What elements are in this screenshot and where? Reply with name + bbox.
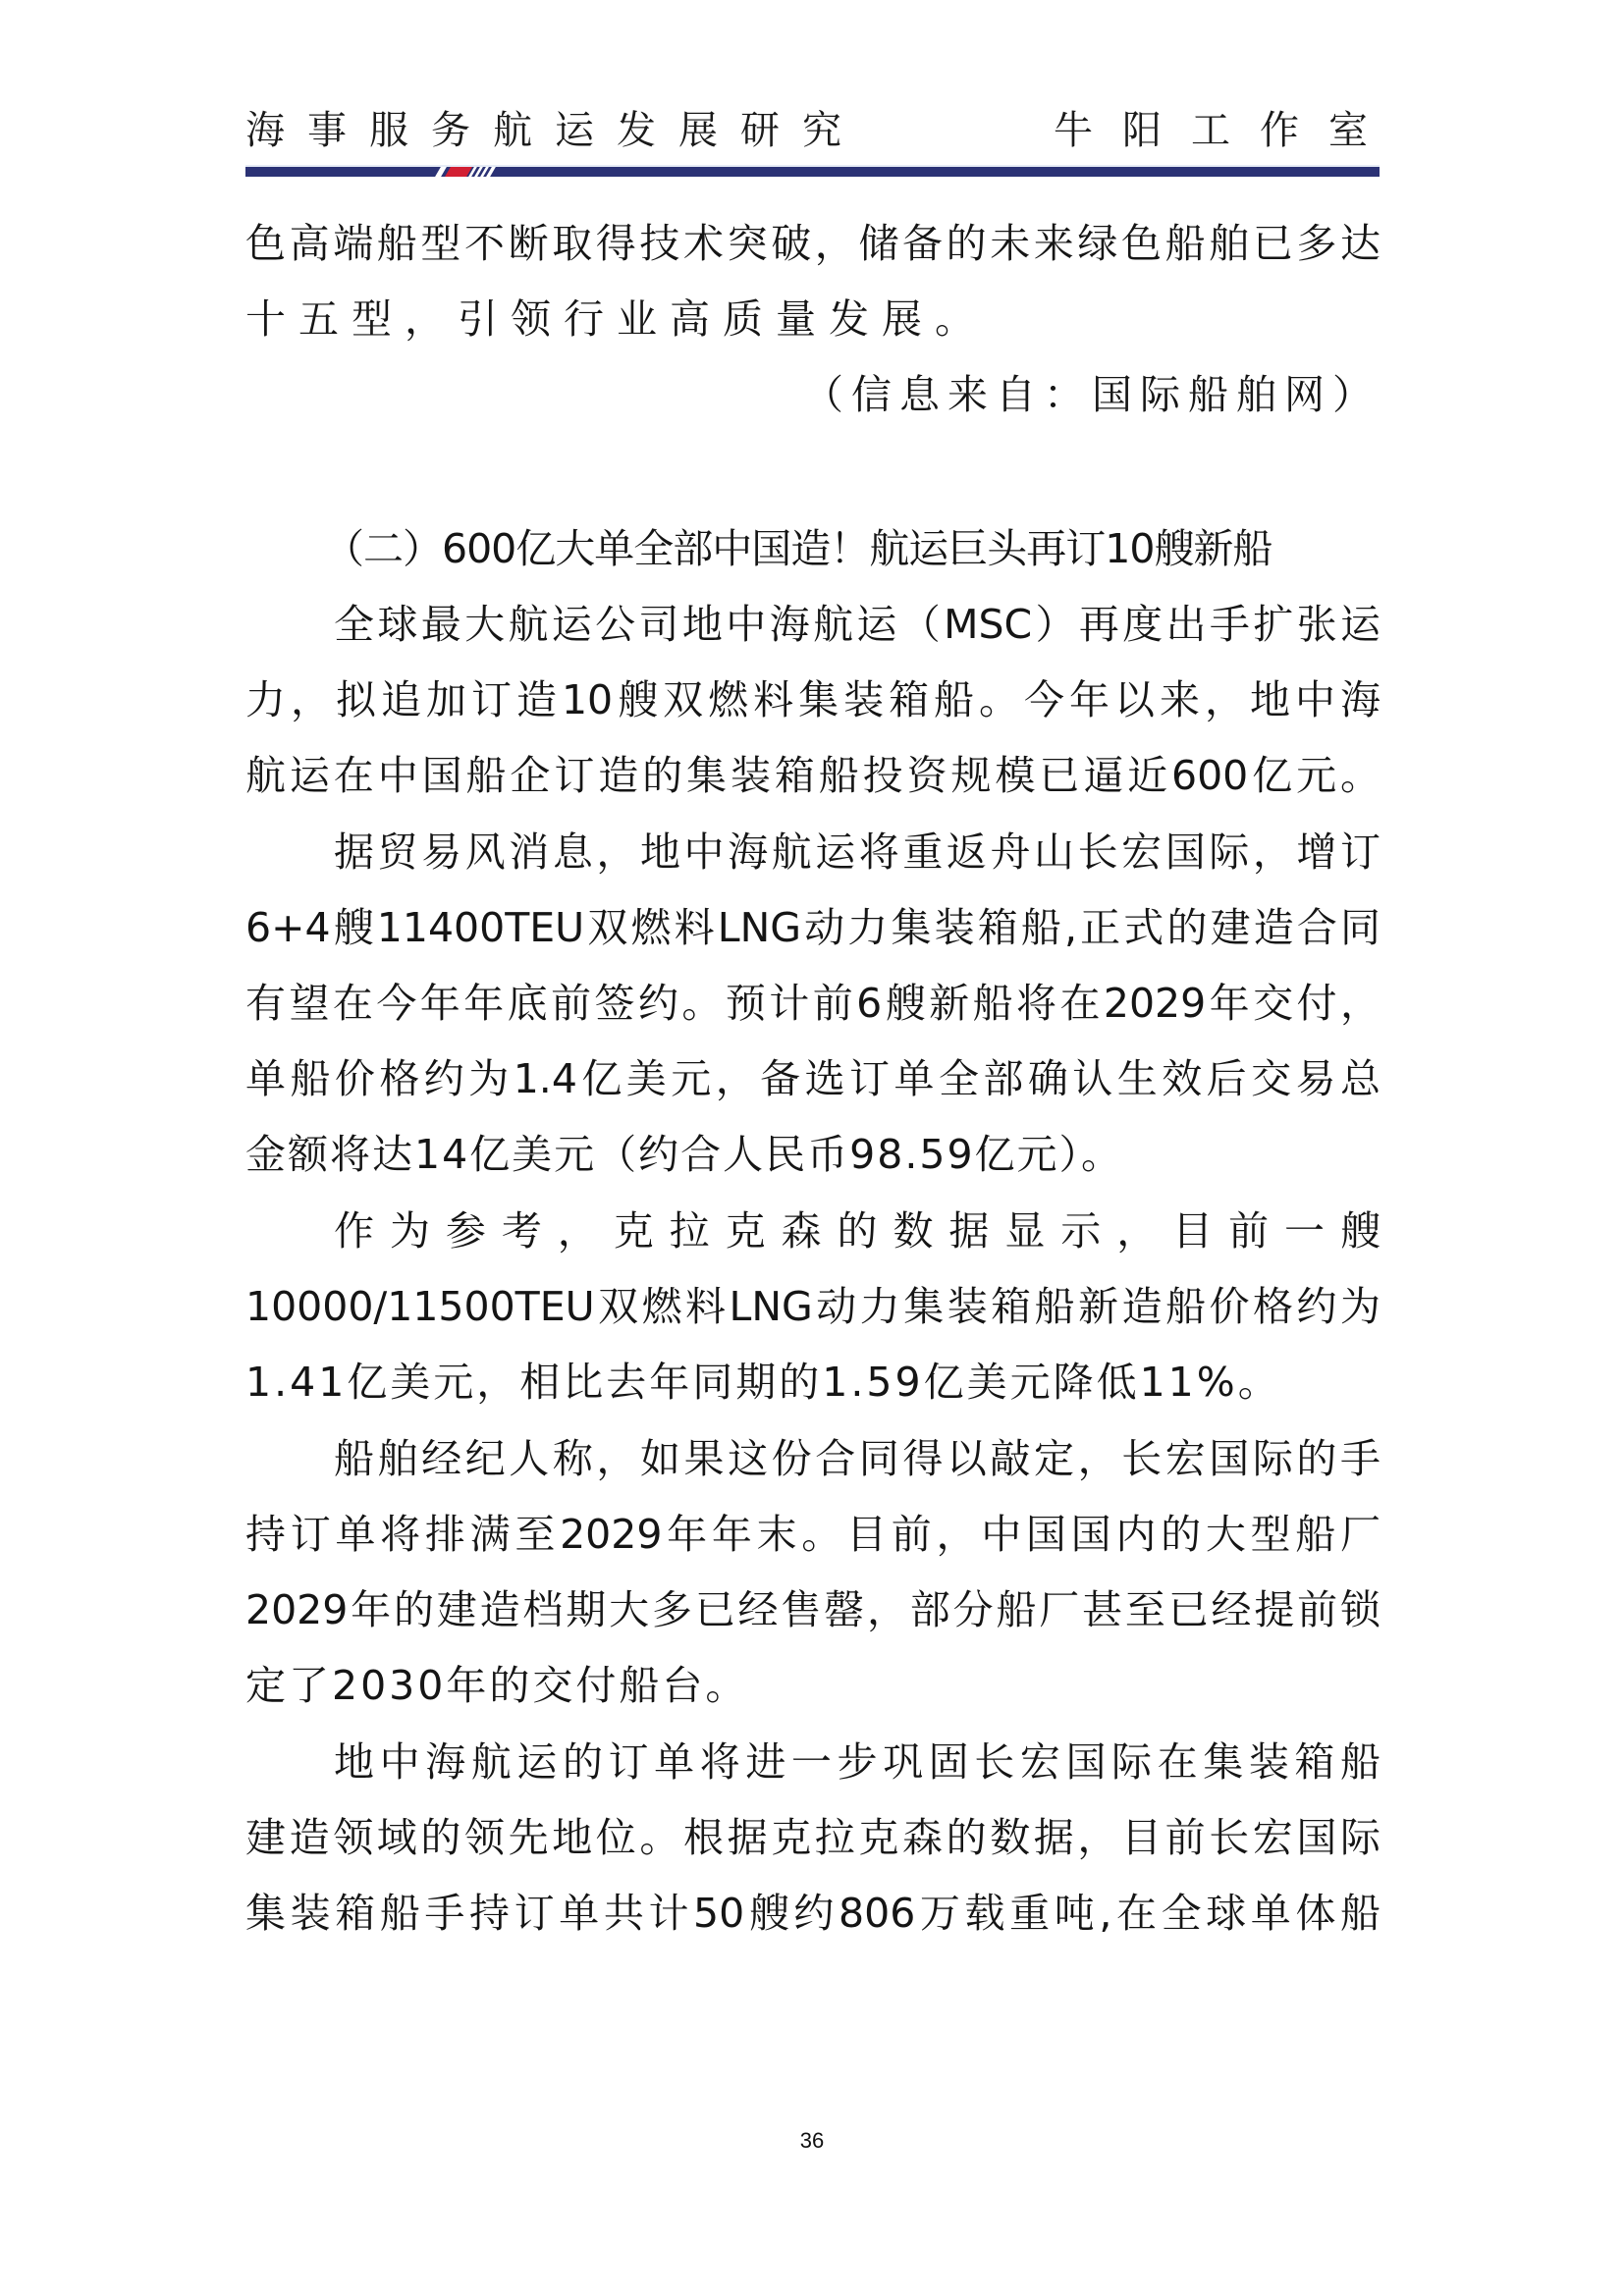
text-line: 据贸易风消息，地中海航运将重返舟山长宏国际，增订 bbox=[245, 823, 1380, 881]
source-citation: （信息来自：国际船舶网） bbox=[803, 365, 1380, 424]
studio-name: 牛阳工作室 bbox=[1054, 106, 1397, 155]
text-line: 全球最大航运公司地中海航运（MSC）再度出手扩张运 bbox=[245, 595, 1380, 654]
section-heading: （二）600亿大单全部中国造！航运巨头再订10艘新船 bbox=[324, 519, 1272, 578]
text-line: 地中海航运的订单将进一步巩固长宏国际在集装箱船 bbox=[245, 1733, 1380, 1791]
text-line: 色高端船型不断取得技术突破，储备的未来绿色船舶已多达 bbox=[245, 214, 1380, 273]
text-line: 单船价格约为1.4亿美元，备选订单全部确认生效后交易总 bbox=[245, 1049, 1380, 1108]
text-line: 船舶经纪人称，如果这份合同得以敲定，长宏国际的手 bbox=[245, 1429, 1380, 1488]
publication-title: 海事服务航运发展研究 bbox=[245, 106, 864, 155]
running-header: 海事服务航运发展研究 牛阳工作室 bbox=[245, 106, 1380, 155]
text-line: 力，拟追加订造10艘双燃料集装箱船。今年以来，地中海 bbox=[245, 670, 1380, 729]
text-line: 持订单将排满至2029年年末。目前，中国国内的大型船厂 bbox=[245, 1505, 1380, 1564]
text-line: 航运在中国船企订造的集装箱船投资规模已逼近600亿元。 bbox=[245, 746, 1380, 805]
text-line: 作为参考，克拉克森的数据显示，目前一艘 bbox=[245, 1201, 1380, 1260]
page-number: 36 bbox=[0, 2128, 1624, 2154]
text-line: 金额将达14亿美元（约合人民币98.59亿元）。 bbox=[245, 1125, 1123, 1184]
text-line: 有望在今年年底前签约。预计前6艘新船将在2029年交付， bbox=[245, 974, 1380, 1033]
text-line: 10000/11500TEU双燃料LNG动力集装箱船新造船价格约为 bbox=[245, 1277, 1380, 1336]
text-line: 建造领域的领先地位。根据克拉克森的数据，目前长宏国际 bbox=[245, 1808, 1380, 1867]
text-line: 6+4艘11400TEU双燃料LNG动力集装箱船,正式的建造合同 bbox=[245, 898, 1380, 957]
header-divider-bar bbox=[245, 167, 1380, 177]
text-line: 2029年的建造档期大多已经售罄，部分船厂甚至已经提前锁 bbox=[245, 1580, 1380, 1639]
text-line: 十五型，引领行业高质量发展。 bbox=[245, 290, 988, 348]
text-line: 集装箱船手持订单共计50艘约806万载重吨,在全球单体船 bbox=[245, 1884, 1380, 1943]
text-line: 1.41亿美元，相比去年同期的1.59亿美元降低11%。 bbox=[245, 1353, 1281, 1412]
header-bar-highlight bbox=[245, 165, 1380, 167]
text-line: 定了2030年的交付船台。 bbox=[245, 1656, 748, 1715]
